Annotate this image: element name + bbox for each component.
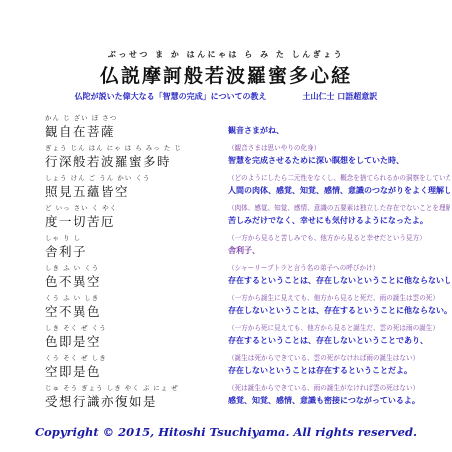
- sutra-row: ど いっ さい く やく （肉体、感覚、知覚、感情、意識の五要素は独立した存在で…: [45, 201, 450, 230]
- sutra-kanji: 空不異色: [45, 302, 228, 320]
- furigana-text: しゃ り し: [45, 233, 228, 242]
- sutra-body: かん じ ざい ぼ さつ 観自在菩薩 観音さまがね、 ぎょう じん はん にゃ …: [0, 111, 452, 410]
- furigana-text: じゅ そう ぎょう しき やく ぶ にょ ぜ: [45, 383, 228, 392]
- translation-text: 感覚、知覚、感情、意識も密接につながっているよ。: [228, 395, 420, 406]
- page-title: 仏説摩訶般若波羅蜜多心経: [0, 61, 452, 88]
- document-header: ぶっせつ ま か はんにゃは ら み た しんぎょう 仏説摩訶般若波羅蜜多心経 …: [0, 0, 452, 102]
- sutra-kanji: 観自在菩薩: [45, 122, 228, 140]
- subtitle-description: 仏陀が説いた偉大なる「智慧の完成」についての教え: [75, 91, 267, 102]
- subtitle: 仏陀が説いた偉大なる「智慧の完成」についての教え 土山仁士 口語超意訳: [0, 91, 452, 102]
- sutra-row: くう ふ い しき （一方から誕生に見えても、他方から見ると死だ、雨の誕生は雲の…: [45, 291, 450, 320]
- furigana-text: くう ふ い しき: [45, 293, 228, 302]
- title-furigana: ぶっせつ ま か はんにゃは ら み た しんぎょう: [0, 49, 452, 60]
- furigana-text: かん じ ざい ぼ さつ: [45, 113, 228, 122]
- annotation-text: （一方から誕生に見えても、他方から見ると死だ、雨の誕生は雲の死）: [228, 292, 439, 302]
- translation-text: 存在しないということは、存在するということに他ならない。: [228, 305, 450, 316]
- sutra-kanji: 行深般若波羅蜜多時: [45, 152, 228, 170]
- annotation-text: （一方から見ると苦しみでも、他方から見ると幸せだという見方）: [228, 232, 426, 242]
- sutra-kanji: 照見五蘊皆空: [45, 182, 228, 200]
- translation-text: 智慧を完成させるために深い瞑想をしていた時、: [228, 155, 404, 166]
- annotation-text: （観音さまは思いやりの化身）: [228, 142, 320, 152]
- translation-text: 人間の肉体、感覚、知覚、感情、意識のつながりをよく理解し、: [228, 185, 450, 196]
- furigana-text: くう そく ぜ しき: [45, 353, 228, 362]
- translation-text: 存在するということは、存在しないということに他ならないし、: [228, 275, 450, 286]
- annotation-text: （誕生は死からできている、雲の死がなければ雨の誕生はない）: [228, 352, 419, 362]
- furigana-text: しょう けん ご うん かい くう: [45, 173, 228, 182]
- annotation-text: （一方から死に見えても、他方から見ると誕生だ、雲の死は雨の誕生）: [228, 322, 439, 332]
- sutra-row: じゅ そう ぎょう しき やく ぶ にょ ぜ （死は誕生からできている、雨の誕生…: [45, 381, 450, 410]
- furigana-text: ぎょう じん はん にゃ は ら みっ た じ: [45, 143, 228, 152]
- subtitle-author: 土山仁士 口語超意訳: [303, 91, 378, 102]
- furigana-text: しき ふ い くう: [45, 263, 228, 272]
- annotation-text: （死は誕生からできている、雨の誕生がなければ雲の死はない）: [228, 382, 419, 392]
- translation-text: 舎利子、: [228, 245, 260, 256]
- sutra-kanji: 色即是空: [45, 332, 228, 350]
- annotation-text: （シャーリープトラと言う名の弟子への呼びかけ）: [228, 262, 379, 272]
- sutra-row: ぎょう じん はん にゃ は ら みっ た じ （観音さまは思いやりの化身） 行…: [45, 141, 450, 170]
- translation-text: 観音さまがね、: [228, 125, 284, 136]
- sutra-row: かん じ ざい ぼ さつ 観自在菩薩 観音さまがね、: [45, 111, 450, 140]
- sutra-row: しゃ り し （一方から見ると苦しみでも、他方から見ると幸せだという見方） 舎利…: [45, 231, 450, 260]
- sutra-row: しょう けん ご うん かい くう （どのようにしたら二元性をなくし、概念を捨て…: [45, 171, 450, 200]
- translation-text: 存在しないということは存在するということだよ。: [228, 365, 412, 376]
- sutra-row: しき そく ぜ くう （一方から死に見えても、他方から見ると誕生だ、雲の死は雨の…: [45, 321, 450, 350]
- furigana-text: しき そく ぜ くう: [45, 323, 228, 332]
- sutra-kanji: 受想行識亦復如是: [45, 392, 228, 410]
- sutra-kanji: 舎利子: [45, 242, 228, 260]
- translation-text: 存在するということは、存在しないということであり、: [228, 335, 428, 346]
- sutra-kanji: 色不異空: [45, 272, 228, 290]
- copyright-notice: Copyright © 2015, Hitoshi Tsuchiyama. Al…: [0, 425, 452, 439]
- sutra-row: しき ふ い くう （シャーリープトラと言う名の弟子への呼びかけ） 色不異空 存…: [45, 261, 450, 290]
- translation-text: 苦しみだけでなく、幸せにも気付けるようになったよ。: [228, 215, 428, 226]
- annotation-text: （どのようにしたら二元性をなくし、概念を捨てられるかの洞察をしていた時）: [228, 172, 450, 182]
- document-page: ぶっせつ ま か はんにゃは ら み た しんぎょう 仏説摩訶般若波羅蜜多心経 …: [0, 0, 452, 452]
- sutra-row: くう そく ぜ しき （誕生は死からできている、雲の死がなければ雨の誕生はない）…: [45, 351, 450, 380]
- sutra-kanji: 空即是色: [45, 362, 228, 380]
- sutra-kanji: 度一切苦厄: [45, 212, 228, 230]
- furigana-text: ど いっ さい く やく: [45, 203, 228, 212]
- annotation-text: （肉体、感覚、知覚、感情、意識の五要素は独立した存在でないことを理解）: [228, 202, 450, 212]
